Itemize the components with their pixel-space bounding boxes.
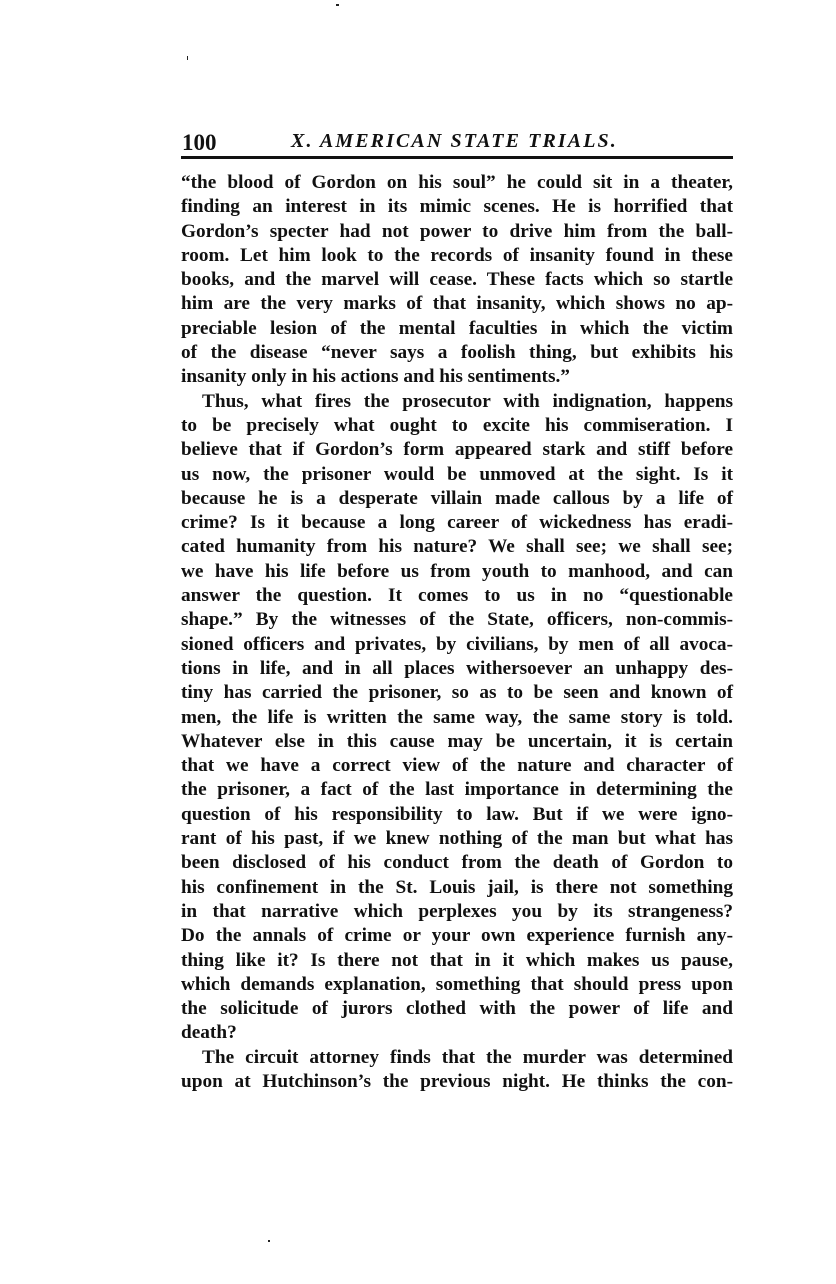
scan-speck-left <box>187 56 188 60</box>
text-line: his confinement in the St. Louis jail, i… <box>181 876 733 900</box>
text-line: cated humanity from his nature? We shall… <box>181 535 733 559</box>
text-line: answer the question. It comes to us in n… <box>181 584 733 608</box>
text-line: tions in life, and in all places withers… <box>181 657 733 681</box>
text-line: of the disease “never says a foolish thi… <box>181 341 733 365</box>
text-line: because he is a desperate villain made c… <box>181 487 733 511</box>
text-line: death? <box>181 1021 733 1045</box>
text-line: been disclosed of his conduct from the d… <box>181 851 733 875</box>
text-line: men, the life is written the same way, t… <box>181 706 733 730</box>
text-line: the solicitude of jurors clothed with th… <box>181 997 733 1021</box>
paragraph-1: “the blood of Gordon on his soul” he cou… <box>181 171 733 390</box>
running-title: X. AMERICAN STATE TRIALS. <box>291 130 618 153</box>
running-head: 100 X. AMERICAN STATE TRIALS. <box>181 126 733 159</box>
text-line: Whatever else in this cause may be uncer… <box>181 730 733 754</box>
text-line: him are the very marks of that insanity,… <box>181 292 733 316</box>
text-line: in that narrative which perplexes you by… <box>181 900 733 924</box>
text-line: The circuit attorney finds that the murd… <box>181 1046 733 1070</box>
text-line: Gordon’s specter had not power to drive … <box>181 220 733 244</box>
text-line: shape.” By the witnesses of the State, o… <box>181 608 733 632</box>
text-line: crime? Is it because a long career of wi… <box>181 511 733 535</box>
text-line: Thus, what fires the prosecutor with ind… <box>181 390 733 414</box>
text-line: upon at Hutchinson’s the previous night.… <box>181 1070 733 1094</box>
text-line: rant of his past, if we knew nothing of … <box>181 827 733 851</box>
text-line: believe that if Gordon’s form appeared s… <box>181 438 733 462</box>
text-line: we have his life before us from youth to… <box>181 560 733 584</box>
page-number: 100 <box>182 130 217 156</box>
text-line: preciable lesion of the mental faculties… <box>181 317 733 341</box>
scan-speck-top <box>336 4 339 6</box>
book-page: 100 X. AMERICAN STATE TRIALS. “the blood… <box>181 126 733 1094</box>
text-line: to be precisely what ought to excite his… <box>181 414 733 438</box>
text-line: insanity only in his actions and his sen… <box>181 365 733 389</box>
paragraph-3: The circuit attorney finds that the murd… <box>181 1046 733 1095</box>
text-line: room. Let him look to the records of ins… <box>181 244 733 268</box>
text-line: thing like it? Is there not that in it w… <box>181 949 733 973</box>
text-line: finding an interest in its mimic scenes.… <box>181 195 733 219</box>
text-line: Do the annals of crime or your own exper… <box>181 924 733 948</box>
text-line: which demands explanation, something tha… <box>181 973 733 997</box>
text-line: tiny has carried the prisoner, so as to … <box>181 681 733 705</box>
scan-speck-bottom <box>268 1240 270 1242</box>
text-line: “the blood of Gordon on his soul” he cou… <box>181 171 733 195</box>
paragraph-2: Thus, what fires the prosecutor with ind… <box>181 390 733 1046</box>
text-line: that we have a correct view of the natur… <box>181 754 733 778</box>
text-line: the prisoner, a fact of the last importa… <box>181 778 733 802</box>
text-line: books, and the marvel will cease. These … <box>181 268 733 292</box>
body-text: “the blood of Gordon on his soul” he cou… <box>181 171 733 1094</box>
text-line: us now, the prisoner would be unmoved at… <box>181 463 733 487</box>
text-line: sioned officers and privates, by civilia… <box>181 633 733 657</box>
text-line: question of his responsibility to law. B… <box>181 803 733 827</box>
